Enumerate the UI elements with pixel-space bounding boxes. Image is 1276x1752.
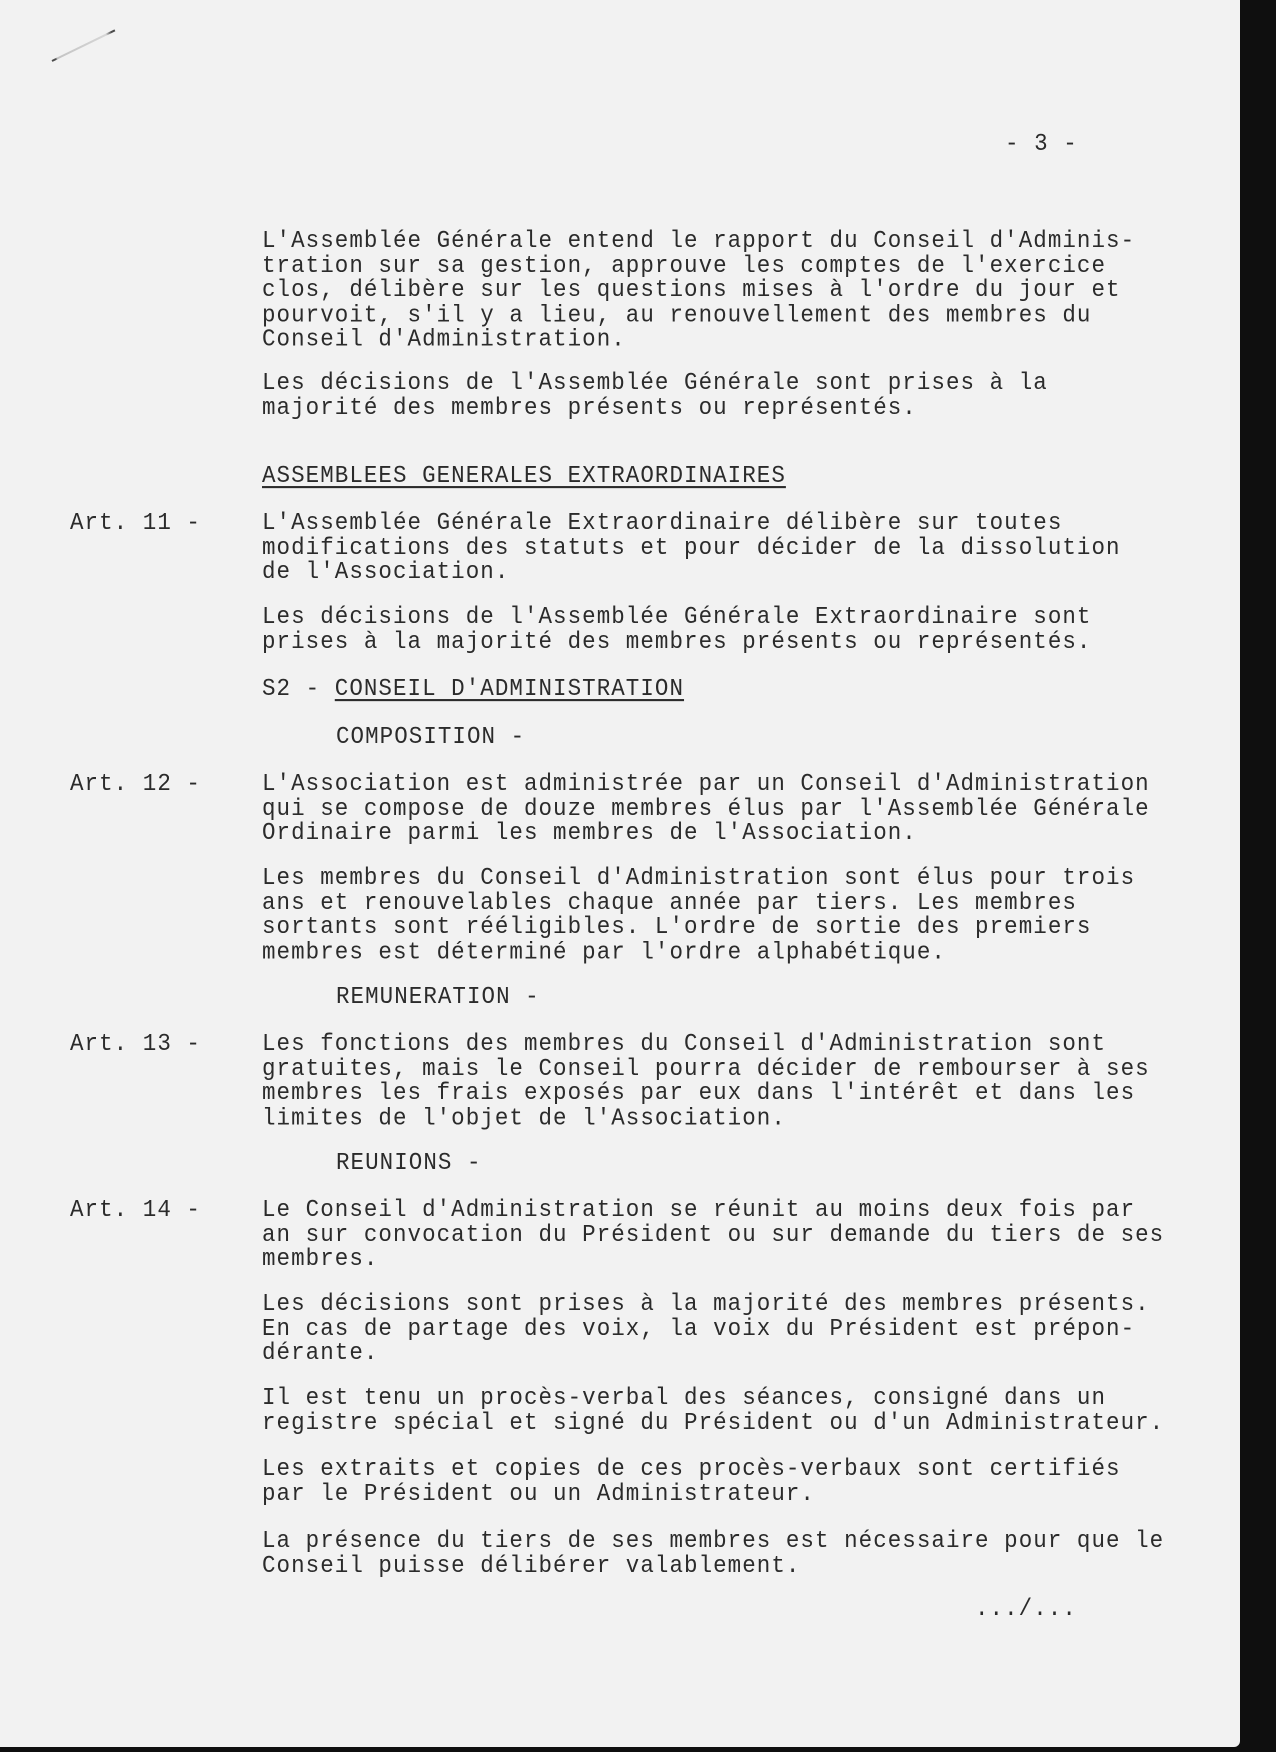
art12-paragraph-2: Les membres du Conseil d'Administration … <box>262 866 1135 965</box>
article-label-14: Art. 14 - <box>70 1198 201 1223</box>
continuation-mark: .../... <box>975 1597 1077 1622</box>
article-label-11: Art. 11 - <box>70 511 201 536</box>
art14-paragraph-2: Les décisions sont prises à la majorité … <box>262 1292 1150 1366</box>
art14-paragraph-4: Les extraits et copies de ces procès-ver… <box>262 1457 1121 1506</box>
subheading-remuneration: REMUNERATION - <box>336 985 540 1010</box>
art14-paragraph-1: Le Conseil d'Administration se réunit au… <box>262 1198 1164 1272</box>
article-label-13: Art. 13 - <box>70 1032 201 1057</box>
art11-paragraph-2: Les décisions de l'Assemblée Générale Ex… <box>262 605 1091 654</box>
section-2-prefix: S2 - <box>262 675 335 702</box>
art14-paragraph-3: Il est tenu un procès-verbal des séances… <box>262 1386 1164 1435</box>
article-label-12: Art. 12 - <box>70 772 201 797</box>
heading-assemblees-extraordinaires: ASSEMBLEES GENERALES EXTRAORDINAIRES <box>262 464 786 489</box>
section-2-heading: S2 - CONSEIL D'ADMINISTRATION <box>262 677 684 702</box>
section-2-title: CONSEIL D'ADMINISTRATION <box>335 675 684 702</box>
art14-paragraph-5: La présence du tiers de ses membres est … <box>262 1529 1164 1578</box>
paragraph-ag-decisions: Les décisions de l'Assemblée Générale so… <box>262 371 1048 420</box>
page-number: - 3 - <box>1005 132 1078 157</box>
document-page: - 3 - L'Assemblée Générale entend le rap… <box>0 0 1240 1747</box>
art13-paragraph-1: Les fonctions des membres du Conseil d'A… <box>262 1032 1150 1131</box>
pencil-mark <box>52 29 116 61</box>
subheading-reunions: REUNIONS - <box>336 1151 482 1176</box>
art11-paragraph-1: L'Assemblée Générale Extraordinaire déli… <box>262 511 1121 585</box>
art12-paragraph-1: L'Association est administrée par un Con… <box>262 772 1150 846</box>
subheading-composition: COMPOSITION - <box>336 725 525 750</box>
paragraph-ag-report: L'Assemblée Générale entend le rapport d… <box>262 229 1135 352</box>
